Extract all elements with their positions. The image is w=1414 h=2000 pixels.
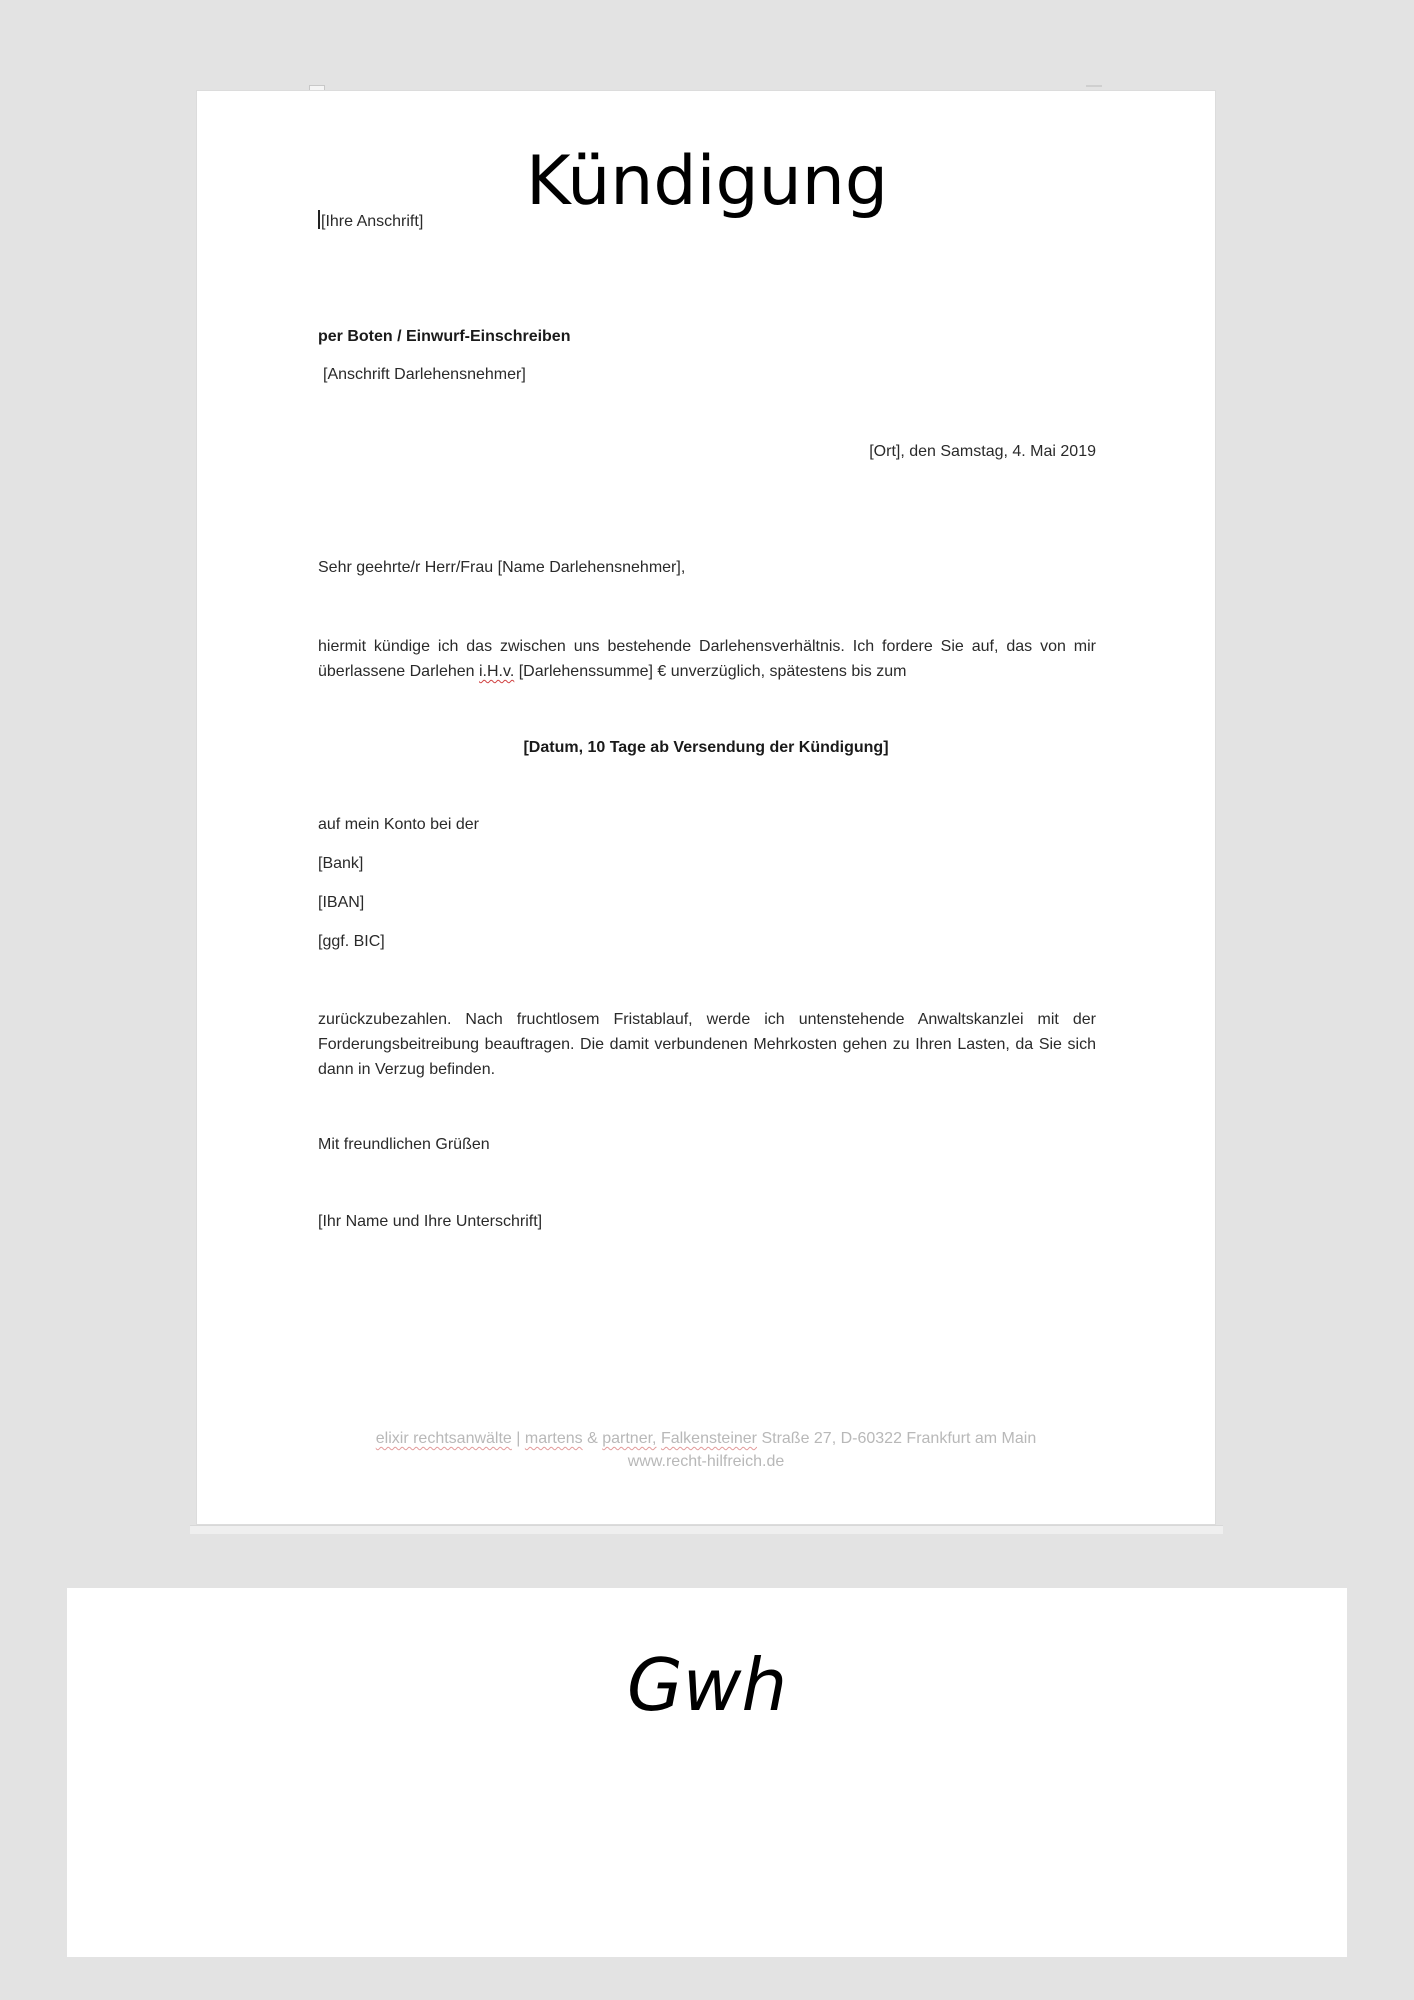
caption-text: Gwh — [67, 1643, 1347, 1727]
account-intro: auf mein Konto bei der — [318, 816, 479, 834]
body-1-text-b: [Darlehenssumme] € unverzüglich, spätest… — [514, 663, 906, 680]
footer-firm-name: elixir rechtsanwälte — [376, 1430, 512, 1447]
footer: elixir rechtsanwälte | martens & partner… — [197, 1427, 1215, 1473]
footer-partner: martens — [525, 1430, 583, 1447]
sender-address-text: [Ihre Anschrift] — [321, 213, 423, 230]
page-bottom-edge — [190, 1525, 1223, 1534]
signature-placeholder: [Ihr Name und Ihre Unterschrift] — [318, 1213, 542, 1231]
page-title: Kündigung — [0, 138, 1414, 226]
footer-address-rest: Straße 27, D-60322 Frankfurt am Main — [757, 1430, 1036, 1447]
deadline: [Datum, 10 Tage ab Versendung der Kündig… — [197, 739, 1215, 757]
sender-address[interactable]: [Ihre Anschrift] — [318, 210, 423, 231]
body-paragraph-2: zurückzubezahlen. Nach fruchtlosem Frist… — [318, 1007, 1096, 1082]
text-cursor — [318, 210, 320, 229]
bic-placeholder: [ggf. BIC] — [318, 933, 385, 951]
footer-address-line: elixir rechtsanwälte | martens & partner… — [197, 1427, 1215, 1450]
ruler-marker-right — [1086, 85, 1102, 87]
footer-amp: & — [583, 1430, 603, 1447]
iban-placeholder: [IBAN] — [318, 894, 364, 912]
spellcheck-flagged-word[interactable]: i.H.v. — [479, 663, 514, 680]
footer-street: Falkensteiner — [661, 1430, 757, 1447]
footer-website: www.recht-hilfreich.de — [197, 1450, 1215, 1473]
salutation: Sehr geehrte/r Herr/Frau [Name Darlehens… — [318, 559, 685, 577]
recipient-address: [Anschrift Darlehensnehmer] — [323, 366, 526, 384]
bank-placeholder: [Bank] — [318, 855, 363, 873]
place-date: [Ort], den Samstag, 4. Mai 2019 — [869, 443, 1096, 461]
footer-partner-2: partner, — [602, 1430, 656, 1447]
delivery-method: per Boten / Einwurf-Einschreiben — [318, 328, 570, 346]
body-paragraph-1: hiermit kündige ich das zwischen uns bes… — [318, 634, 1096, 684]
caption-panel: Gwh — [67, 1588, 1347, 1957]
closing: Mit freundlichen Grüßen — [318, 1136, 490, 1154]
document-page[interactable] — [197, 91, 1215, 1524]
footer-separator: | — [512, 1430, 525, 1447]
